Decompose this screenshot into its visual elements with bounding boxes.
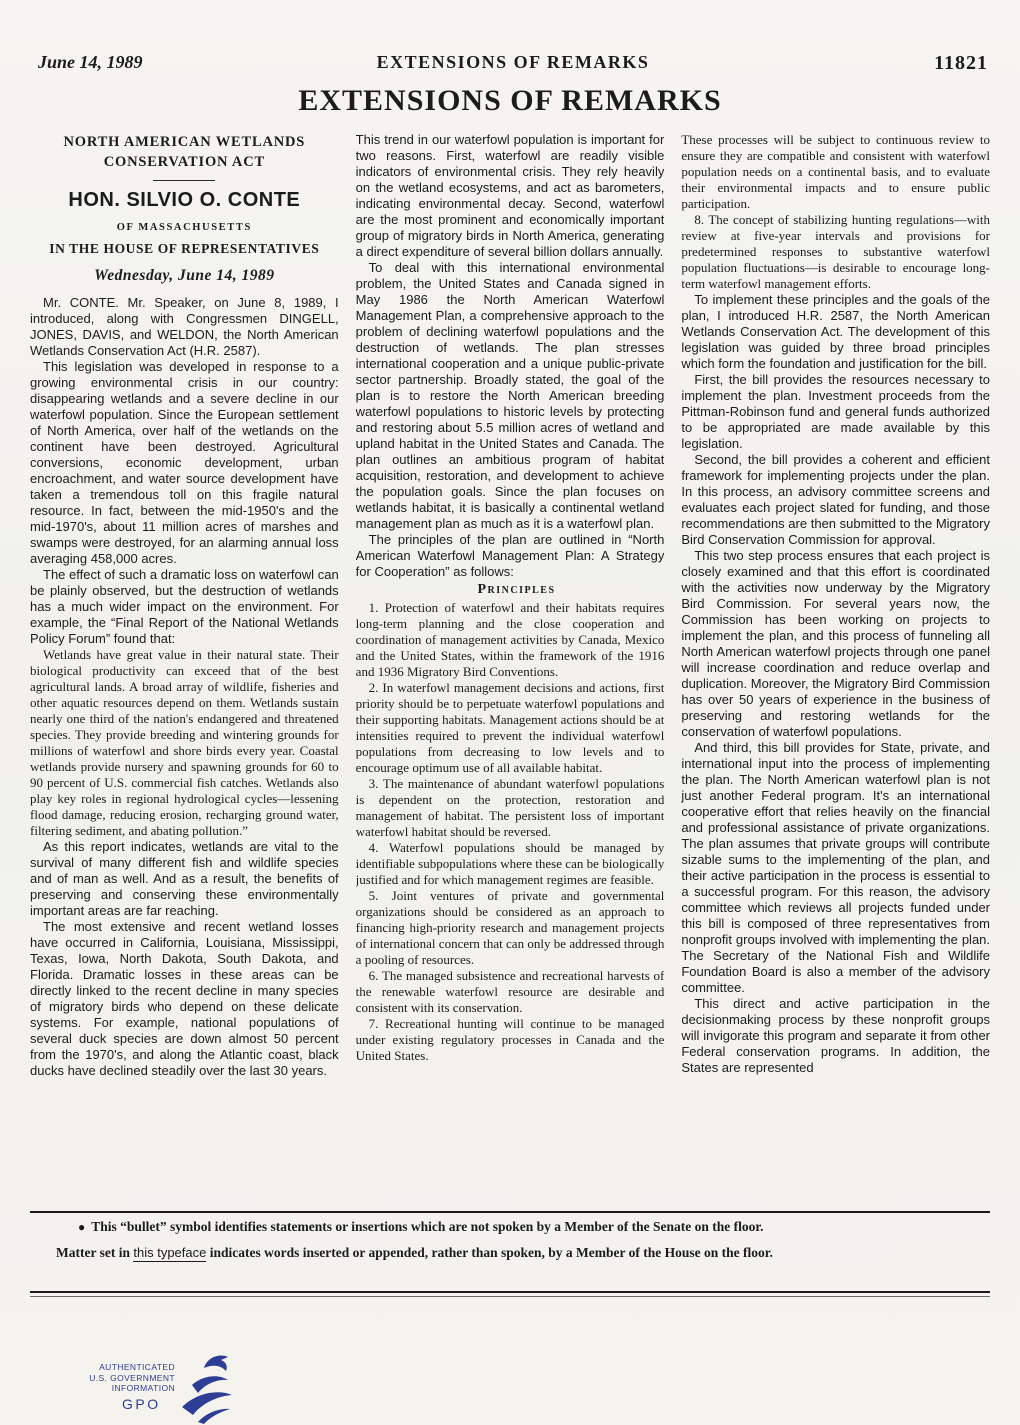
congressional-record-page: June 14, 1989 EXTENSIONS OF REMARKS 1182…: [0, 0, 1020, 1425]
paragraph: To deal with this international environm…: [356, 260, 665, 532]
speech-date: Wednesday, June 14, 1989: [30, 267, 339, 285]
paragraph: These processes will be subject to conti…: [681, 132, 990, 212]
running-head: June 14, 1989 EXTENSIONS OF REMARKS 1182…: [38, 52, 988, 78]
gpo-abbreviation: GPO: [122, 1396, 161, 1412]
quoted-paragraph: Wetlands have great value in their natur…: [30, 647, 339, 839]
page-title: EXTENSIONS OF REMARKS: [0, 84, 1020, 118]
principle-item: 6. The managed subsistence and recreatio…: [356, 968, 665, 1016]
article-title: NORTH AMERICAN WETLANDS CONSERVATION ACT: [30, 132, 339, 172]
footer-line-1: ●This “bullet” symbol identifies stateme…: [56, 1214, 964, 1240]
principle-item: 2. In waterfowl management decisions and…: [356, 680, 665, 776]
divider: [153, 180, 215, 181]
paragraph: And third, this bill provides for State,…: [681, 740, 990, 996]
paragraph: This direct and active participation in …: [681, 996, 990, 1076]
column-3: These processes will be subject to conti…: [681, 132, 990, 1198]
paragraph: The effect of such a dramatic loss on wa…: [30, 567, 339, 647]
footer-line-2: Matter set in this typeface indicates wo…: [56, 1240, 964, 1266]
principle-item: 3. The maintenance of abundant waterfowl…: [356, 776, 665, 840]
eagle-icon: [174, 1352, 236, 1424]
article-header: NORTH AMERICAN WETLANDS CONSERVATION ACT…: [30, 132, 339, 285]
principle-item: 7. Recreational hunting will continue to…: [356, 1016, 665, 1064]
gpo-logo: AUTHENTICATED U.S. GOVERNMENT INFORMATIO…: [70, 1352, 240, 1424]
paragraph: As this report indicates, wetlands are v…: [30, 839, 339, 919]
footer-rule-top: [30, 1211, 990, 1213]
paragraph: First, the bill provides the resources n…: [681, 372, 990, 452]
footer-line-2-suffix: indicates words inserted or appended, ra…: [210, 1245, 773, 1260]
column-2: This trend in our waterfowl population i…: [356, 132, 665, 1198]
speaker-state: OF MASSACHUSETTS: [30, 222, 339, 233]
principle-item: 8. The concept of stabilizing hunting re…: [681, 212, 990, 292]
paragraph: This two step process ensures that each …: [681, 548, 990, 740]
gpo-line: AUTHENTICATED: [70, 1362, 175, 1373]
running-head-title: EXTENSIONS OF REMARKS: [38, 52, 988, 73]
chamber-line: IN THE HOUSE OF REPRESENTATIVES: [30, 241, 339, 257]
gpo-line: INFORMATION: [70, 1383, 175, 1394]
paragraph: Second, the bill provides a coherent and…: [681, 452, 990, 548]
footer-line-2-prefix: Matter set in: [56, 1245, 130, 1260]
article-columns: NORTH AMERICAN WETLANDS CONSERVATION ACT…: [30, 132, 990, 1198]
typeface-sample: this typeface: [133, 1245, 206, 1262]
footer-rule-bottom-2: [30, 1296, 990, 1297]
bullet-icon: ●: [78, 1220, 85, 1234]
gpo-line: U.S. GOVERNMENT: [70, 1373, 175, 1384]
footer-line-1-text: This “bullet” symbol identifies statemen…: [91, 1219, 763, 1234]
paragraph: The most extensive and recent wetland lo…: [30, 919, 339, 1079]
footer-rule-bottom: [30, 1291, 990, 1293]
principles-heading: Principles: [356, 580, 665, 600]
footer-note: ●This “bullet” symbol identifies stateme…: [56, 1214, 964, 1266]
principle-item: 4. Waterfowl populations should be manag…: [356, 840, 665, 888]
page-number: 11821: [934, 52, 988, 75]
speaker-name: HON. SILVIO O. CONTE: [30, 189, 339, 212]
paragraph: The principles of the plan are outlined …: [356, 532, 665, 580]
principle-item: 1. Protection of waterfowl and their hab…: [356, 600, 665, 680]
paragraph: Mr. CONTE. Mr. Speaker, on June 8, 1989,…: [30, 295, 339, 359]
paragraph: To implement these principles and the go…: [681, 292, 990, 372]
paragraph: This trend in our waterfowl population i…: [356, 132, 665, 260]
column-1: NORTH AMERICAN WETLANDS CONSERVATION ACT…: [30, 132, 339, 1198]
gpo-authentication-text: AUTHENTICATED U.S. GOVERNMENT INFORMATIO…: [70, 1362, 175, 1394]
paragraph: This legislation was developed in respon…: [30, 359, 339, 567]
principle-item: 5. Joint ventures of private and governm…: [356, 888, 665, 968]
